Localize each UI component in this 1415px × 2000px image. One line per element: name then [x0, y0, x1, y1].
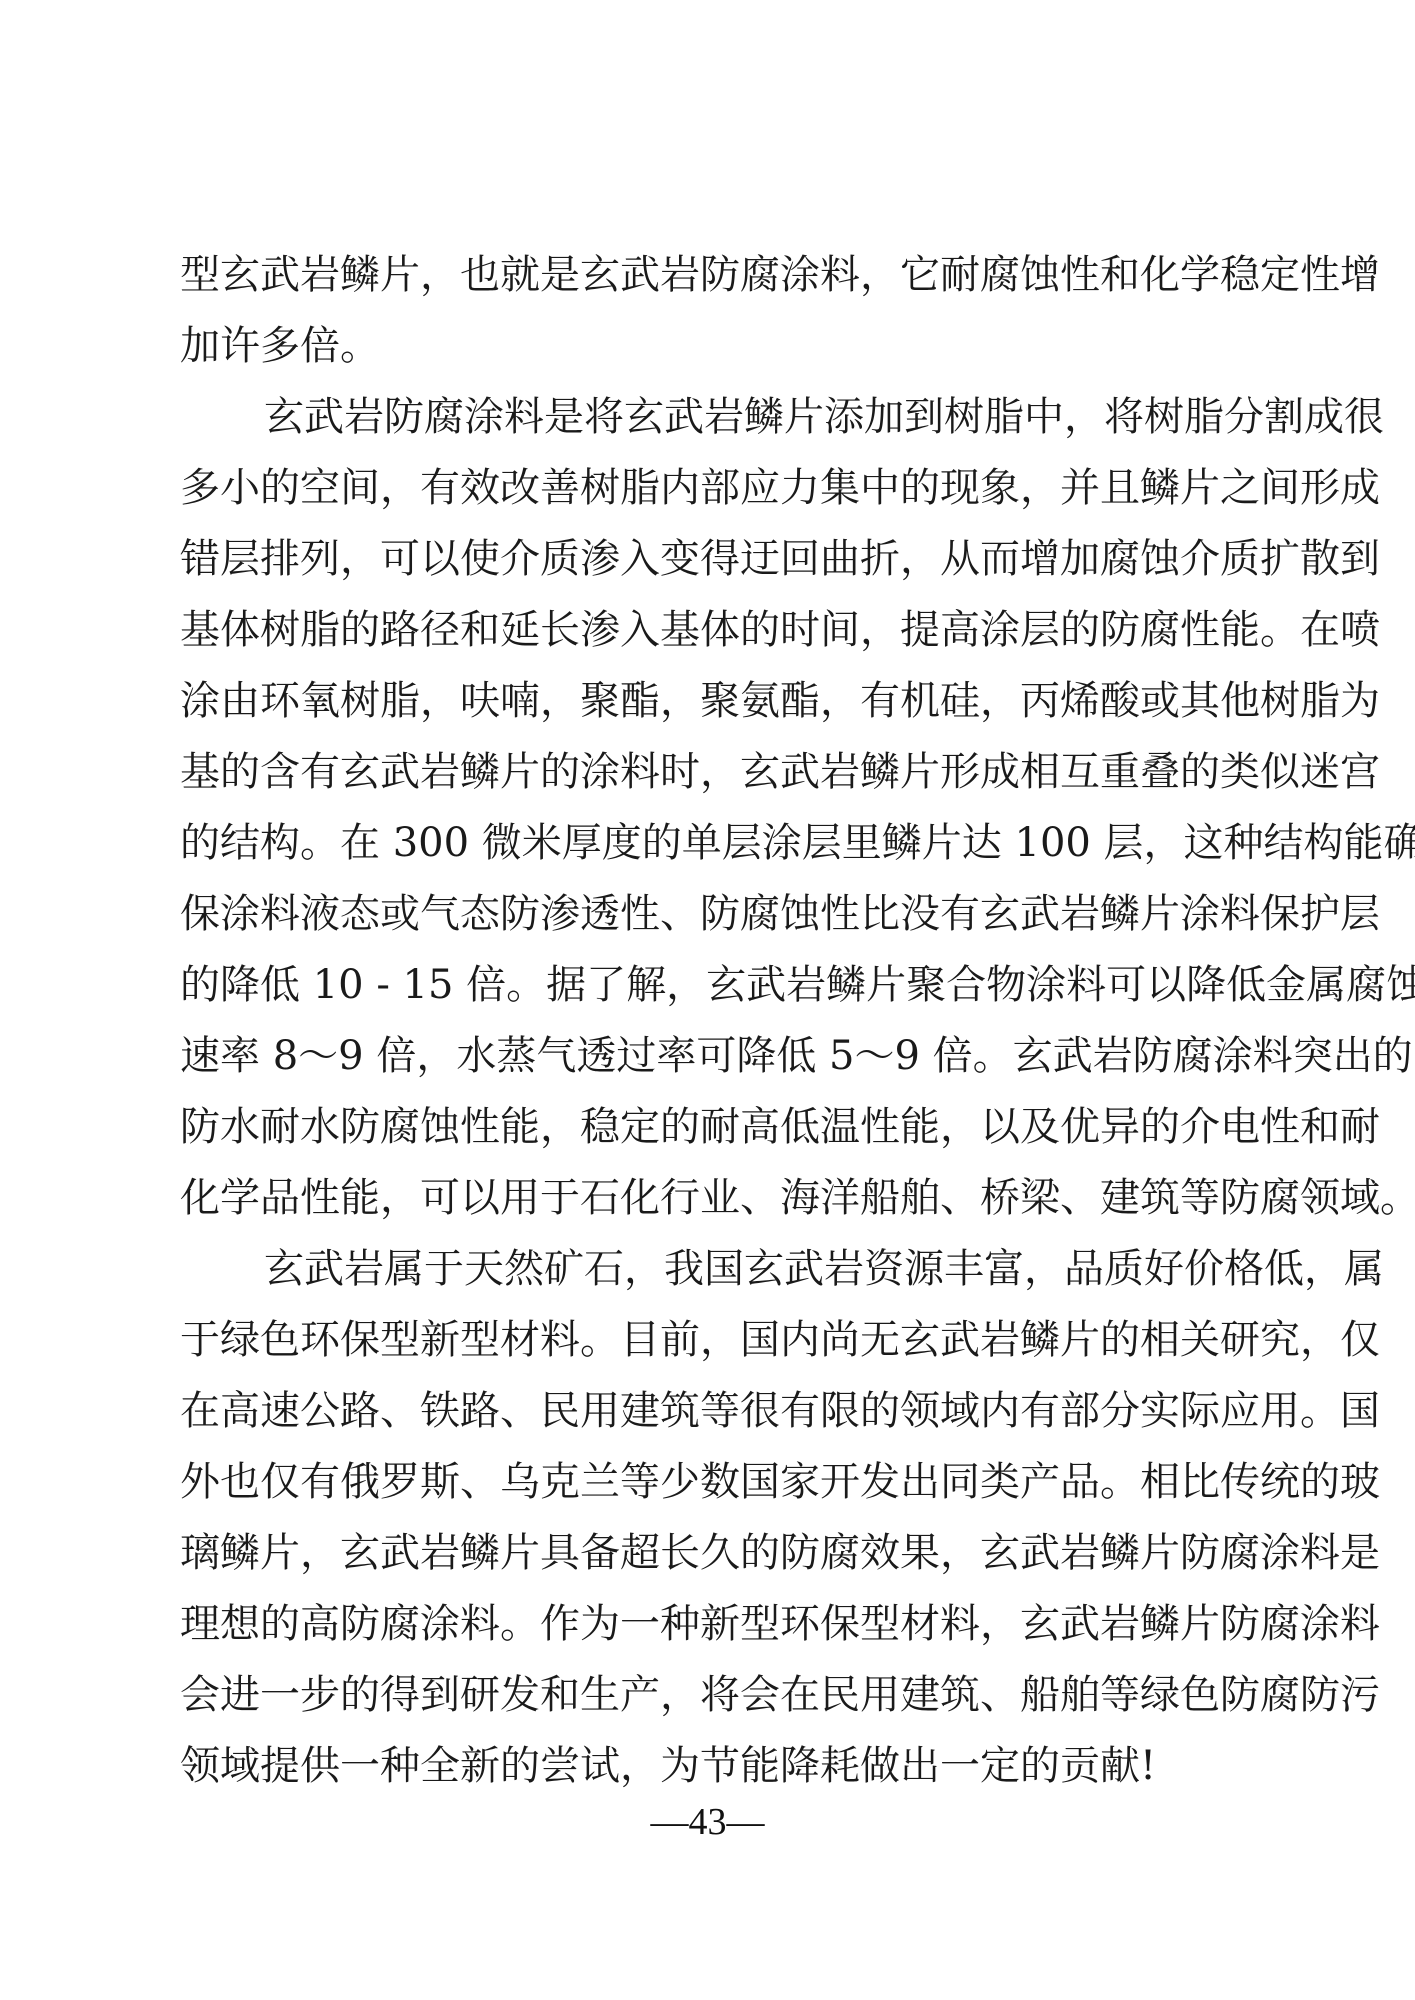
text-line: 领域提供一种全新的尝试，为节能降耗做出一定的贡献! — [180, 1737, 1242, 1808]
text-line: 的降低 10 - 15 倍。据了解，玄武岩鳞片聚合物涂料可以降低金属腐蚀 — [180, 956, 1242, 1027]
text-line: 速率 8～9 倍，水蒸气透过率可降低 5～9 倍。玄武岩防腐涂料突出的 — [180, 1027, 1242, 1098]
text-line: 璃鳞片，玄武岩鳞片具备超长久的防腐效果，玄武岩鳞片防腐涂料是 — [180, 1524, 1242, 1595]
text-line: 会进一步的得到研发和生产，将会在民用建筑、船舶等绿色防腐防污 — [180, 1666, 1242, 1737]
text-line: 玄武岩防腐涂料是将玄武岩鳞片添加到树脂中，将树脂分割成很 — [180, 388, 1242, 459]
document-body: 型玄武岩鳞片，也就是玄武岩防腐涂料，它耐腐蚀性和化学稳定性增 加许多倍。 玄武岩… — [180, 246, 1242, 1808]
text-line: 型玄武岩鳞片，也就是玄武岩防腐涂料，它耐腐蚀性和化学稳定性增 — [180, 246, 1242, 317]
text-line: 多小的空间，有效改善树脂内部应力集中的现象，并且鳞片之间形成 — [180, 459, 1242, 530]
text-line: 玄武岩属于天然矿石，我国玄武岩资源丰富，品质好价格低，属 — [180, 1240, 1242, 1311]
text-line: 化学品性能，可以用于石化行业、海洋船舶、桥梁、建筑等防腐领域。 — [180, 1169, 1242, 1240]
text-line: 基的含有玄武岩鳞片的涂料时，玄武岩鳞片形成相互重叠的类似迷宫 — [180, 743, 1242, 814]
text-line: 错层排列，可以使介质渗入变得迂回曲折，从而增加腐蚀介质扩散到 — [180, 530, 1242, 601]
text-line: 防水耐水防腐蚀性能，稳定的耐高低温性能，以及优异的介电性和耐 — [180, 1098, 1242, 1169]
text-line: 保涂料液态或气态防渗透性、防腐蚀性比没有玄武岩鳞片涂料保护层 — [180, 885, 1242, 956]
text-line: 在高速公路、铁路、民用建筑等很有限的领域内有部分实际应用。国 — [180, 1382, 1242, 1453]
text-line: 的结构。在 300 微米厚度的单层涂层里鳞片达 100 层，这种结构能确 — [180, 814, 1242, 885]
text-line: 涂由环氧树脂，呋喃，聚酯，聚氨酯，有机硅，丙烯酸或其他树脂为 — [180, 672, 1242, 743]
text-line: 理想的高防腐涂料。作为一种新型环保型材料，玄武岩鳞片防腐涂料 — [180, 1595, 1242, 1666]
text-line: 加许多倍。 — [180, 317, 1242, 388]
text-line: 于绿色环保型新型材料。目前，国内尚无玄武岩鳞片的相关研究，仅 — [180, 1311, 1242, 1382]
text-line: 基体树脂的路径和延长渗入基体的时间，提高涂层的防腐性能。在喷 — [180, 601, 1242, 672]
page-number: —43— — [0, 1800, 1415, 1844]
text-line: 外也仅有俄罗斯、乌克兰等少数国家开发出同类产品。相比传统的玻 — [180, 1453, 1242, 1524]
